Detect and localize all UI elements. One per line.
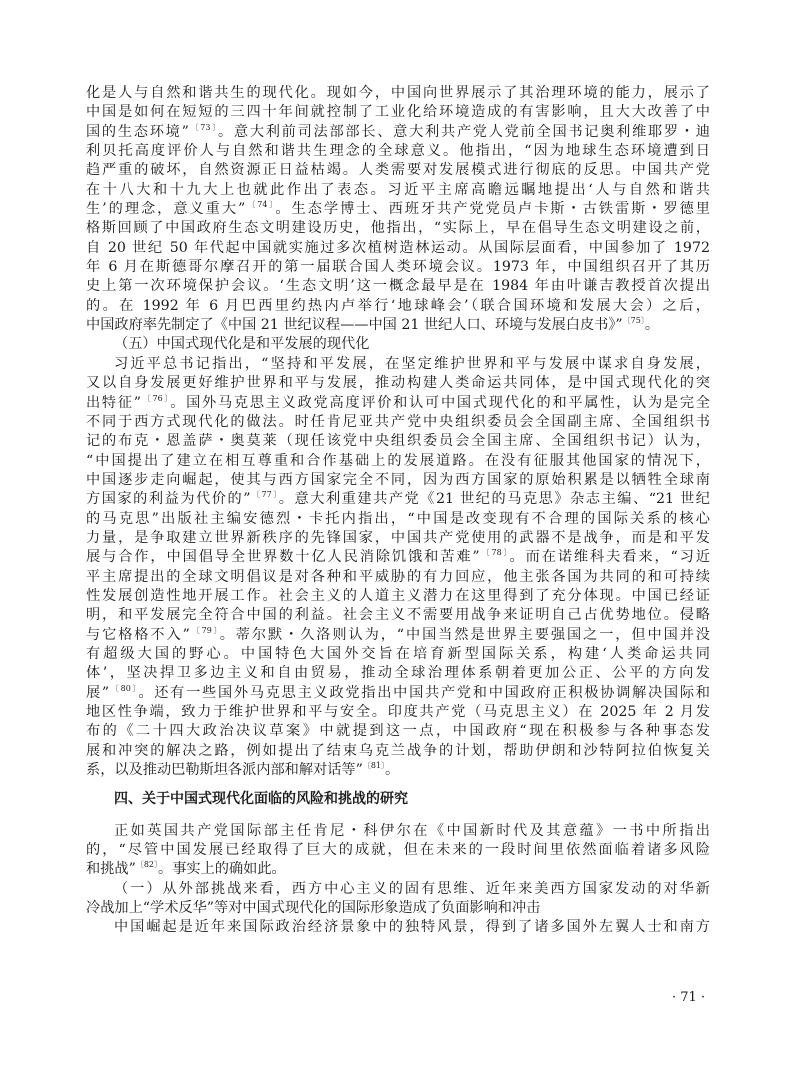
text-line: 年 6 月在斯德哥尔摩召开的第一届联合国人类环境会议。1973 年，中国组织召开… [86,258,710,277]
text-line: 体’，坚决捍卫多边主义和自由贸易，推动全球治理体系朝着更加公正、公平的方向发 [86,664,710,683]
page-number: · 71 · [672,990,705,1005]
line-text: 地区性争端，致力于维护世界和平与安全。印度共产党（马克思主义）在 2025 年 … [86,704,710,720]
text-line: 中国崛起是近年来国际政治经济景象中的独特风景，得到了诸多国外左翼人士和南方 [86,918,710,937]
text-line: 格斯回顾了中国政府生态文明建设历史，他指出，“实际上，早在倡导生态文明建设之前， [86,219,710,238]
line-text: 习近平总书记指出，“坚持和平发展，在坚定维护世界和平与发展中谋求自身发展， [114,356,710,372]
line-text: 中国逐步走向崛起，使其与西方国家完全不同，因为西方国家的原始积累是以牺牲全球南 [86,472,710,488]
line-text: （五）中国式现代化是和平发展的现代化 [114,336,369,352]
text-line: 中国是如何在短短的三四十年间就控制了工业化给环境造成的有害影响，且大大改善了中 [86,103,710,122]
text-line: 与它格格不入”〔79〕。蒂尔默・久洛则认为，“中国当然是世界主要强国之一，但中国… [86,626,710,645]
line-text: 格斯回顾了中国政府生态文明建设历史，他指出，“实际上，早在倡导生态文明建设之前， [86,220,710,236]
text-line: 明，和平发展完全符合中国的利益。社会主义不需要用战争来证明自己占优势地位。侵略 [86,606,710,625]
line-text: 国的生态环境” [86,124,189,140]
footnote-marker: 〔76〕 [141,394,170,403]
line-text: 化是人与自然和谐共生的现代化。现如今，中国向世界展示了其治理环境的能力，展示了 [86,85,710,101]
line-text: 。而在诺维科夫看来，“习近 [510,549,710,565]
line-text: 。生态学博士、西班牙共产党党员卢卡斯・古铁雷斯・罗德里 [275,201,710,217]
text-line: 平主席提出的全球文明倡议是对各种和平威胁的有力回应，他主张各国为共同的和可持续 [86,568,710,587]
document-page: 化是人与自然和谐共生的现代化。现如今，中国向世界展示了其治理环境的能力，展示了中… [86,84,710,938]
text-line: 国的生态环境”〔73〕。意大利前司法部部长、意大利共产党人党前全国书记奥利维耶罗… [86,123,710,142]
footnote-marker: 〔78〕 [480,548,510,557]
text-line: 冷战加上“学术反华”等对中国式现代化的国际形象造成了负面影响和冲击 [86,899,710,918]
subheading: （五）中国式现代化是和平发展的现代化 [86,335,710,354]
text-line: 系，以及推动巴勒斯坦各派内部和解对话等”〔81〕。 [86,761,710,780]
text-line: 化是人与自然和谐共生的现代化。现如今，中国向世界展示了其治理环境的能力，展示了 [86,84,710,103]
line-text: 中国崛起是近年来国际政治经济景象中的独特风景，得到了诸多国外左翼人士和南方 [114,919,710,935]
paragraph: 正如英国共产党国际部主任肯尼・科伊尔在《中国新时代及其意蕴》一书中所指出的，“尽… [86,822,710,880]
text-line: 利贝托高度评价人与自然和谐共生理念的全球意义。他指出，“因为地球生态环境遭到日 [86,142,710,161]
text-line: 趋严重的破坏，自然资源正日益枯竭。人类需要对发展模式进行彻底的反思。中国共产党 [86,161,710,180]
line-text: 明，和平发展完全符合中国的利益。社会主义不需要用战争来证明自己占优势地位。侵略 [86,607,710,623]
line-text: 冷战加上“学术反华”等对中国式现代化的国际形象造成了负面影响和冲击 [86,900,540,916]
text-line: 记的布克・恩盖萨・奥莫莱（现任该党中央组织委员会全国主席、全国组织书记）认为， [86,432,710,451]
line-text: 的，“尽管中国发展已经取得了巨大的成就，但在未来的一段时间里依然面临着诸多风险 [86,842,710,858]
line-text: 中国政府率先制定了《中国 21 世纪议程——中国 21 世纪人口、环境与发展白皮… [86,317,623,333]
footnote-marker: 〔77〕 [250,490,278,499]
footnote-marker: 〔79〕 [190,626,220,635]
footnote-marker: 〔75〕 [623,316,645,325]
line-text: （一）从外部挑战来看，西方中心主义的固有思维、近年来美西方国家发动的对华新 [114,881,710,897]
text-line: 出特征”〔76〕。国外马克思主义政党高度评价和认可中国式现代化的和平属性，认为是… [86,394,710,413]
text-line: 在十八大和十九大上也就此作出了表态。习近平主席高瞻远瞩地提出‘人与自然和谐共 [86,181,710,200]
text-line: 布的《二十四大政治决议草案》中就提到这一点，中国政府“现在积极参与各种事态发 [86,722,710,741]
paragraph: 化是人与自然和谐共生的现代化。现如今，中国向世界展示了其治理环境的能力，展示了中… [86,84,710,335]
line-text: 出特征” [86,395,141,411]
text-line: 有超级大国的野心。中国特色大国外交旨在培育新型国际关系，构建‘人类命运共同 [86,645,710,664]
footnote-marker: 〔74〕 [245,200,275,209]
footnote-marker: 〔82〕 [136,860,158,869]
line-text: 系，以及推动巴勒斯坦各派内部和解对话等” [86,762,363,778]
footnote-marker: 〔80〕 [109,684,138,693]
text-line: 又以自身发展更好维护世界和平与发展，推动构建人类命运共同体，是中国式现代化的突 [86,374,710,393]
line-text: 自 20 世纪 50 年代起中国就实施过多次植树造林运动。从国际层面看，中国参加… [86,240,710,256]
text-line: 中国逐步走向崛起，使其与西方国家完全不同，因为西方国家的原始积累是以牺牲全球南 [86,471,710,490]
text-line: （五）中国式现代化是和平发展的现代化 [86,335,710,354]
line-text: 。 [385,762,399,778]
line-text: 的马克思”出版社主编安德烈・卡托内指出，“中国是改变现有不合理的国际关系的核心 [86,511,710,527]
line-text: 趋严重的破坏，自然资源正日益枯竭。人类需要对发展模式进行彻底的反思。中国共产党 [86,162,710,178]
text-line: 的，“尽管中国发展已经取得了巨大的成就，但在未来的一段时间里依然面临着诸多风险 [86,841,710,860]
text-line: 地区性争端，致力于维护世界和平与安全。印度共产党（马克思主义）在 2025 年 … [86,703,710,722]
text-line: 不同于西方式现代化的做法。时任肯尼亚共产党中央组织委员会全国副主席、全国组织书 [86,413,710,432]
text-line: 的。在 1992 年 6 月巴西里约热内卢举行‘地球峰会’（联合国环境和发展大会… [86,297,710,316]
line-text: 在十八大和十九大上也就此作出了表态。习近平主席高瞻远瞩地提出‘人与自然和谐共 [86,182,710,198]
line-text: 。意大利前司法部部长、意大利共产党人党前全国书记奥利维耶罗・迪 [218,124,710,140]
text-line: 力量，是争取建立世界新秩序的先锋国家，中国共产党使用的武器不是战争，而是和平发 [86,529,710,548]
line-text: 利贝托高度评价人与自然和谐共生理念的全球意义。他指出，“因为地球生态环境遭到日 [86,143,710,159]
footnote-marker: 〔81〕 [363,761,385,770]
line-text: 。意大利重建共产党《21 世纪的马克思》杂志主编、“21 世纪 [279,491,710,507]
text-line: 展与合作，中国倡导全世界数十亿人民消除饥饿和苦难”〔78〕。而在诺维科夫看来，“… [86,548,710,567]
line-text: 。蒂尔默・久洛则认为，“中国当然是世界主要强国之一，但中国并没 [220,627,710,643]
text-line: 展”〔80〕。还有一些国外马克思主义政党指出中国共产党和中国政府正积极协调解决国… [86,684,710,703]
line-text: 方国家的利益为代价的” [86,491,250,507]
text-line: 自 20 世纪 50 年代起中国就实施过多次植树造林运动。从国际层面看，中国参加… [86,239,710,258]
line-text: 中国是如何在短短的三四十年间就控制了工业化给环境造成的有害影响，且大大改善了中 [86,104,710,120]
text-line: （一）从外部挑战来看，西方中心主义的固有思维、近年来美西方国家发动的对华新 [86,880,710,899]
line-text: 。 [645,317,659,333]
footnote-marker: 〔73〕 [189,123,218,132]
text-line: 史上第一次环境保护会议。‘生态文明’这一概念最早是在 1984 年由叶谦吉教授首… [86,277,710,296]
text-line: 方国家的利益为代价的”〔77〕。意大利重建共产党《21 世纪的马克思》杂志主编、… [86,490,710,509]
text-line: 生’的理念，意义重大”〔74〕。生态学博士、西班牙共产党党员卢卡斯・古铁雷斯・罗… [86,200,710,219]
line-text: 和挑战” [86,861,136,877]
text-line: 正如英国共产党国际部主任肯尼・科伊尔在《中国新时代及其意蕴》一书中所指出 [86,822,710,841]
section-heading: 四、关于中国式现代化面临的风险和挑战的研究 [86,790,710,809]
line-text: 的。在 1992 年 6 月巴西里约热内卢举行‘地球峰会’（联合国环境和发展大会… [86,298,710,314]
line-text: 展与合作，中国倡导全世界数十亿人民消除饥饿和苦难” [86,549,480,565]
text-line: 的马克思”出版社主编安德烈・卡托内指出，“中国是改变现有不合理的国际关系的核心 [86,510,710,529]
line-text: 年 6 月在斯德哥尔摩召开的第一届联合国人类环境会议。1973 年，中国组织召开… [86,259,710,275]
line-text: 。国外马克思主义政党高度评价和认可中国式现代化的和平属性，认为是完全 [170,395,710,411]
line-text: 力量，是争取建立世界新秩序的先锋国家，中国共产党使用的武器不是战争，而是和平发 [86,530,710,546]
line-text: 布的《二十四大政治决议草案》中就提到这一点，中国政府“现在积极参与各种事态发 [86,723,710,739]
line-text: 史上第一次环境保护会议。‘生态文明’这一概念最早是在 1984 年由叶谦吉教授首… [86,278,710,294]
text-line: 性发展创造性地开展工作。社会主义的人道主义潜力在这里得到了充分体现。中国已经证 [86,587,710,606]
line-text: 性发展创造性地开展工作。社会主义的人道主义潜力在这里得到了充分体现。中国已经证 [86,588,710,604]
line-text: 平主席提出的全球文明倡议是对各种和平威胁的有力回应，他主张各国为共同的和可持续 [86,569,710,585]
subheading: （一）从外部挑战来看，西方中心主义的固有思维、近年来美西方国家发动的对华新冷战加… [86,880,710,919]
line-text: 展和冲突的解决之路，例如提出了结束乌克兰战争的计划，帮助伊朗和沙特阿拉伯恢复关 [86,743,710,759]
paragraph: 习近平总书记指出，“坚持和平发展，在坚定维护世界和平与发展中谋求自身发展，又以自… [86,355,710,781]
line-text: 体’，坚决捍卫多边主义和自由贸易，推动全球治理体系朝着更加公正、公平的方向发 [86,665,710,681]
line-text: 不同于西方式现代化的做法。时任肯尼亚共产党中央组织委员会全国副主席、全国组织书 [86,414,710,430]
text-line: 习近平总书记指出，“坚持和平发展，在坚定维护世界和平与发展中谋求自身发展， [86,355,710,374]
line-text: 又以自身发展更好维护世界和平与发展，推动构建人类命运共同体，是中国式现代化的突 [86,375,710,391]
line-text: 正如英国共产党国际部主任肯尼・科伊尔在《中国新时代及其意蕴》一书中所指出 [114,823,710,839]
line-text: 生’的理念，意义重大” [86,201,245,217]
paragraph: 中国崛起是近年来国际政治经济景象中的独特风景，得到了诸多国外左翼人士和南方 [86,918,710,937]
line-text: 记的布克・恩盖萨・奥莫莱（现任该党中央组织委员会全国主席、全国组织书记）认为， [86,433,710,449]
text-line: “中国提出了建立在相互尊重和合作基础上的发展道路。在没有征服其他国家的情况下， [86,452,710,471]
line-text: 。还有一些国外马克思主义政党指出中国共产党和中国政府正积极协调解决国际和 [138,685,710,701]
line-text: 展” [86,685,109,701]
line-text: 有超级大国的野心。中国特色大国外交旨在培育新型国际关系，构建‘人类命运共同 [86,646,710,662]
line-text: 。事实上的确如此。 [158,861,286,877]
line-text: 与它格格不入” [86,627,190,643]
text-line: 展和冲突的解决之路，例如提出了结束乌克兰战争的计划，帮助伊朗和沙特阿拉伯恢复关 [86,742,710,761]
text-line: 中国政府率先制定了《中国 21 世纪议程——中国 21 世纪人口、环境与发展白皮… [86,316,710,335]
line-text: “中国提出了建立在相互尊重和合作基础上的发展道路。在没有征服其他国家的情况下， [86,453,710,469]
text-line: 和挑战”〔82〕。事实上的确如此。 [86,860,710,879]
